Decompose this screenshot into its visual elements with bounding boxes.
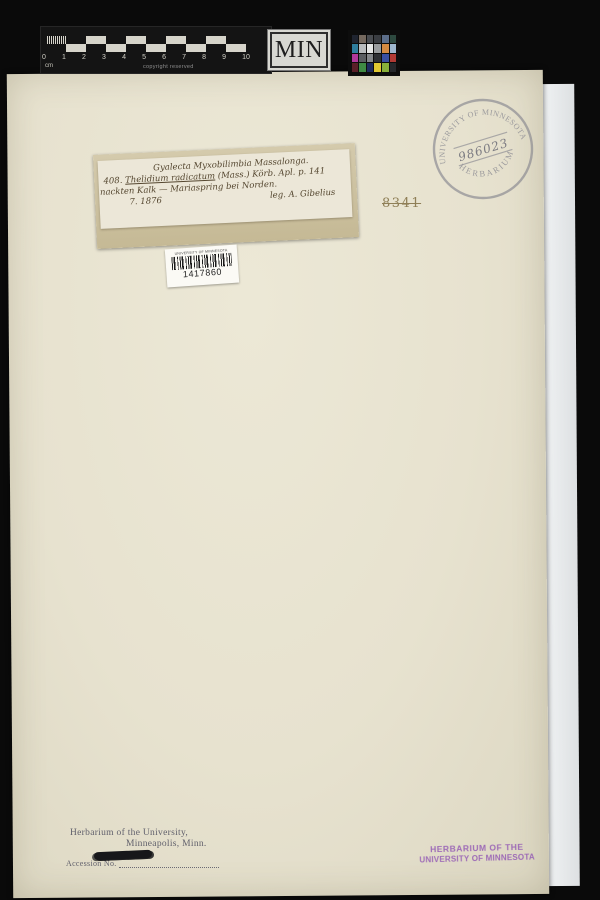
collector-name: leg. A. Gibelius xyxy=(270,188,336,201)
accession-row: Accession No. xyxy=(66,859,256,868)
ruler-scale-cell xyxy=(166,36,186,44)
color-patch xyxy=(367,63,374,72)
color-patch xyxy=(382,54,389,63)
color-chart-grid xyxy=(352,35,397,72)
color-patch xyxy=(374,54,381,63)
ruler-scale-cell xyxy=(86,36,106,44)
ruler-scale-cell xyxy=(106,36,126,44)
ruler-scale-cell xyxy=(166,44,186,52)
color-patch xyxy=(382,35,389,44)
ruler-unit-label: cm xyxy=(45,63,53,69)
ruler-tick: 6 xyxy=(162,54,166,61)
ruler-scale-cell xyxy=(86,44,106,52)
printed-footer: Herbarium of the University, Minneapolis… xyxy=(66,828,256,868)
handwritten-label: Gyalecta Myxobilimbia Massalonga. 408. T… xyxy=(98,149,353,229)
color-patch xyxy=(390,44,397,53)
ruler-tick: 1 xyxy=(62,54,66,61)
ruler-copyright-text: copyright reserved xyxy=(143,64,194,70)
min-tag-frame: MIN xyxy=(270,32,328,68)
color-patch xyxy=(390,35,397,44)
cm-scale-ruler: 012345678910 cm copyright reserved xyxy=(40,26,272,74)
ruler-scale xyxy=(46,36,246,52)
footer-line-1: Herbarium of the University, xyxy=(66,828,256,838)
accession-dotted-line xyxy=(119,859,219,868)
color-patch xyxy=(374,63,381,72)
purple-ownership-stamp: HERBARIUM OF THE UNIVERSITY OF MINNESOTA xyxy=(418,841,536,864)
color-patch xyxy=(352,44,359,53)
ruler-tick: 9 xyxy=(222,54,226,61)
color-patch xyxy=(367,35,374,44)
color-patch xyxy=(352,54,359,63)
ruler-scale-cell xyxy=(206,44,226,52)
ruler-scale-cell xyxy=(206,36,226,44)
ruler-ticks: 012345678910 xyxy=(42,54,250,61)
ruler-tick: 3 xyxy=(102,54,106,61)
color-patch xyxy=(359,63,366,72)
ruler-tick: 0 xyxy=(42,54,46,61)
footer-line-2: Minneapolis, Minn. xyxy=(66,839,256,849)
ruler-scale-cell xyxy=(66,36,86,44)
ruler-scale-cell xyxy=(226,44,246,52)
ruler-tick: 8 xyxy=(202,54,206,61)
min-tag-text: MIN xyxy=(275,37,323,64)
color-patch xyxy=(359,35,366,44)
ruler-tick: 10 xyxy=(242,54,250,61)
crossed-out-number: 8341 xyxy=(382,196,421,211)
ruler-scale-cell xyxy=(226,36,246,44)
color-patch xyxy=(359,44,366,53)
herbarium-sheet-photo: 012345678910 cm copyright reserved MIN U… xyxy=(0,0,600,900)
ruler-tick: 4 xyxy=(122,54,126,61)
color-patch xyxy=(367,44,374,53)
ruler-tick: 2 xyxy=(82,54,86,61)
color-patch xyxy=(382,44,389,53)
ruler-scale-cell xyxy=(126,36,146,44)
color-patch xyxy=(359,54,366,63)
collection-date: 7. 1876 xyxy=(129,196,162,208)
ruler-scale-cell xyxy=(186,36,206,44)
ruler-tick: 5 xyxy=(142,54,146,61)
ruler-scale-cell xyxy=(126,44,146,52)
min-herbarium-tag: MIN xyxy=(267,29,331,71)
color-patch xyxy=(367,54,374,63)
ruler-tick: 7 xyxy=(182,54,186,61)
color-patch xyxy=(390,63,397,72)
ruler-scale-cell xyxy=(66,44,86,52)
ruler-scale-cell xyxy=(46,44,66,52)
color-patch xyxy=(352,63,359,72)
color-patch xyxy=(374,44,381,53)
collection-number: 408. xyxy=(103,176,122,187)
ruler-scale-cell xyxy=(186,44,206,52)
ruler-scale-cell xyxy=(146,44,166,52)
color-patch xyxy=(382,63,389,72)
ruler-scale-cell xyxy=(146,36,166,44)
ruler-scale-cell xyxy=(106,44,126,52)
color-patch xyxy=(390,54,397,63)
color-patch xyxy=(374,35,381,44)
color-patch xyxy=(352,35,359,44)
ruler-scale-cell xyxy=(46,36,66,44)
barcode-label: UNIVERSITY OF MINNESOTA 1417860 xyxy=(165,245,239,288)
accession-label: Accession No. xyxy=(66,859,117,868)
color-calibration-chart xyxy=(348,30,400,76)
